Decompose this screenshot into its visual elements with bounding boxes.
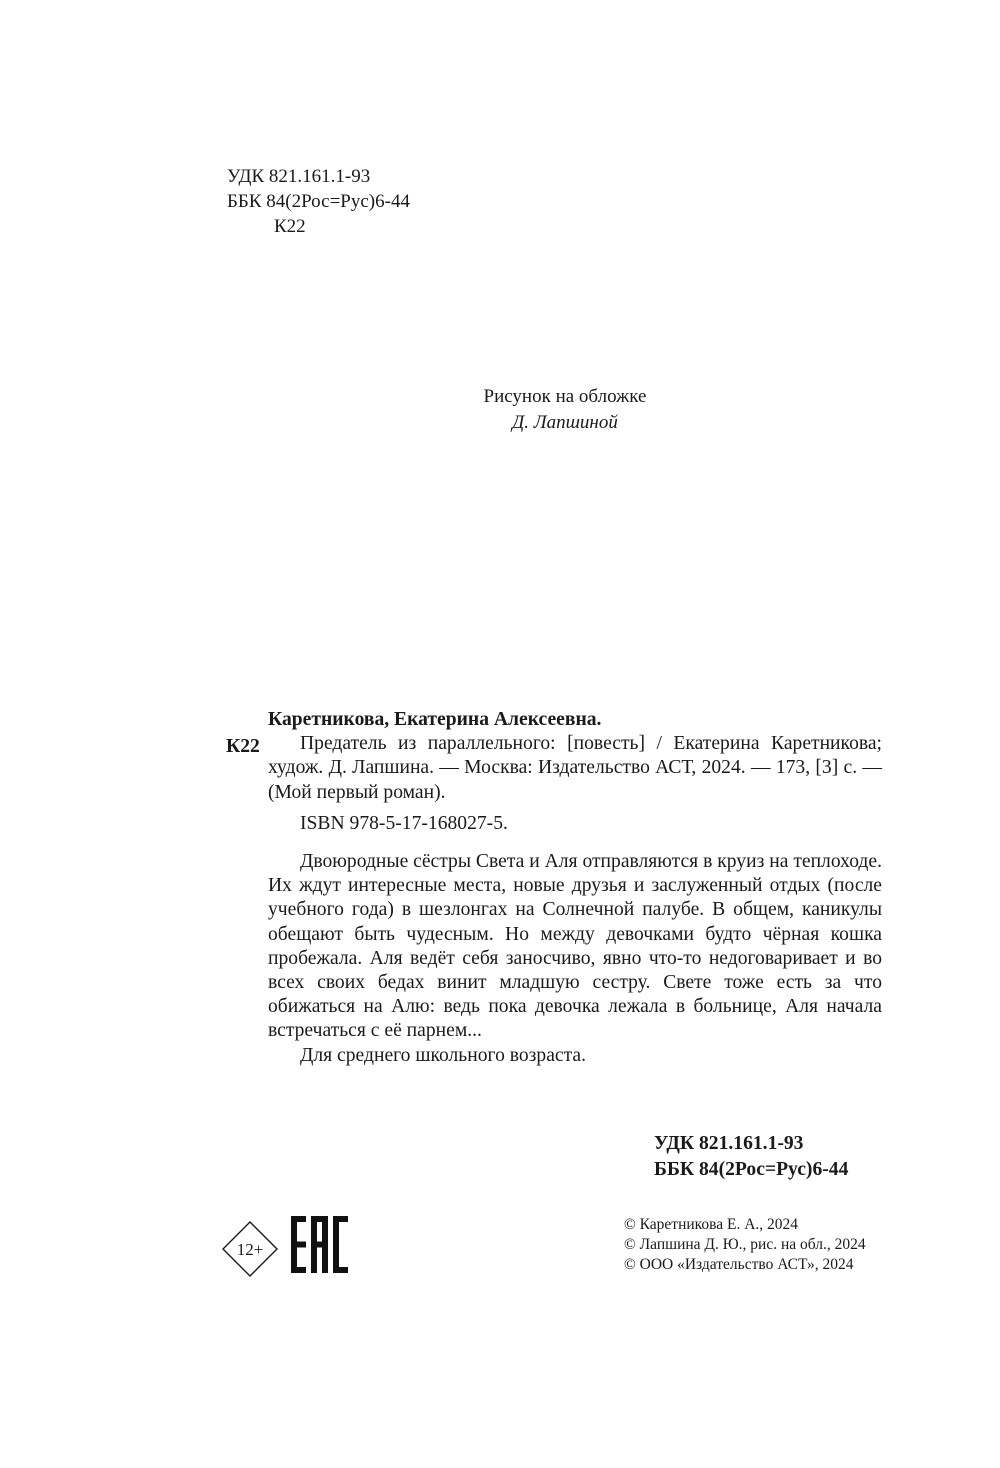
bottom-bbk-code: ББК 84(2Рос=Рус)6-44 bbox=[654, 1157, 848, 1183]
udk-code: УДК 821.161.1-93 bbox=[227, 164, 410, 189]
cover-credit-label: Рисунок на обложке bbox=[400, 384, 730, 410]
annotation: Двоюродные сёстры Света и Аля отправляют… bbox=[268, 850, 882, 1044]
bibliographic-description: Предатель из параллельного: [повесть] / … bbox=[268, 732, 882, 805]
author-heading: Каретникова, Екатерина Алексеевна. bbox=[268, 708, 882, 732]
top-classification-block: УДК 821.161.1-93 ББК 84(2Рос=Рус)6-44 К2… bbox=[227, 164, 410, 239]
bbk-code: ББК 84(2Рос=Рус)6-44 bbox=[227, 189, 410, 214]
copyright-illustrator: © Лапшина Д. Ю., рис. на обл., 2024 bbox=[624, 1235, 866, 1255]
copyright-author: © Каретникова Е. А., 2024 bbox=[624, 1215, 866, 1235]
copyright-notices: © Каретникова Е. А., 2024 © Лапшина Д. Ю… bbox=[624, 1215, 866, 1275]
record-author-mark: К22 bbox=[226, 735, 260, 759]
audience-note: Для среднего школьного возраста. bbox=[268, 1044, 882, 1068]
bibliographic-record: Каретникова, Екатерина Алексеевна. Преда… bbox=[268, 708, 882, 1068]
eac-conformity-icon bbox=[291, 1216, 348, 1273]
author-mark: К22 bbox=[227, 214, 410, 239]
bottom-classification-block: УДК 821.161.1-93 ББК 84(2Рос=Рус)6-44 bbox=[654, 1131, 848, 1183]
cover-credit: Рисунок на обложке Д. Лапшиной bbox=[400, 384, 730, 436]
cover-artist-name: Д. Лапшиной bbox=[400, 410, 730, 436]
isbn: ISBN 978-5-17-168027-5. bbox=[268, 812, 882, 836]
copyright-publisher: © ООО «Издательство АСТ», 2024 bbox=[624, 1255, 866, 1275]
age-rating-label: 12+ bbox=[222, 1221, 278, 1277]
bottom-udk-code: УДК 821.161.1-93 bbox=[654, 1131, 848, 1157]
age-rating-badge: 12+ bbox=[222, 1221, 278, 1277]
